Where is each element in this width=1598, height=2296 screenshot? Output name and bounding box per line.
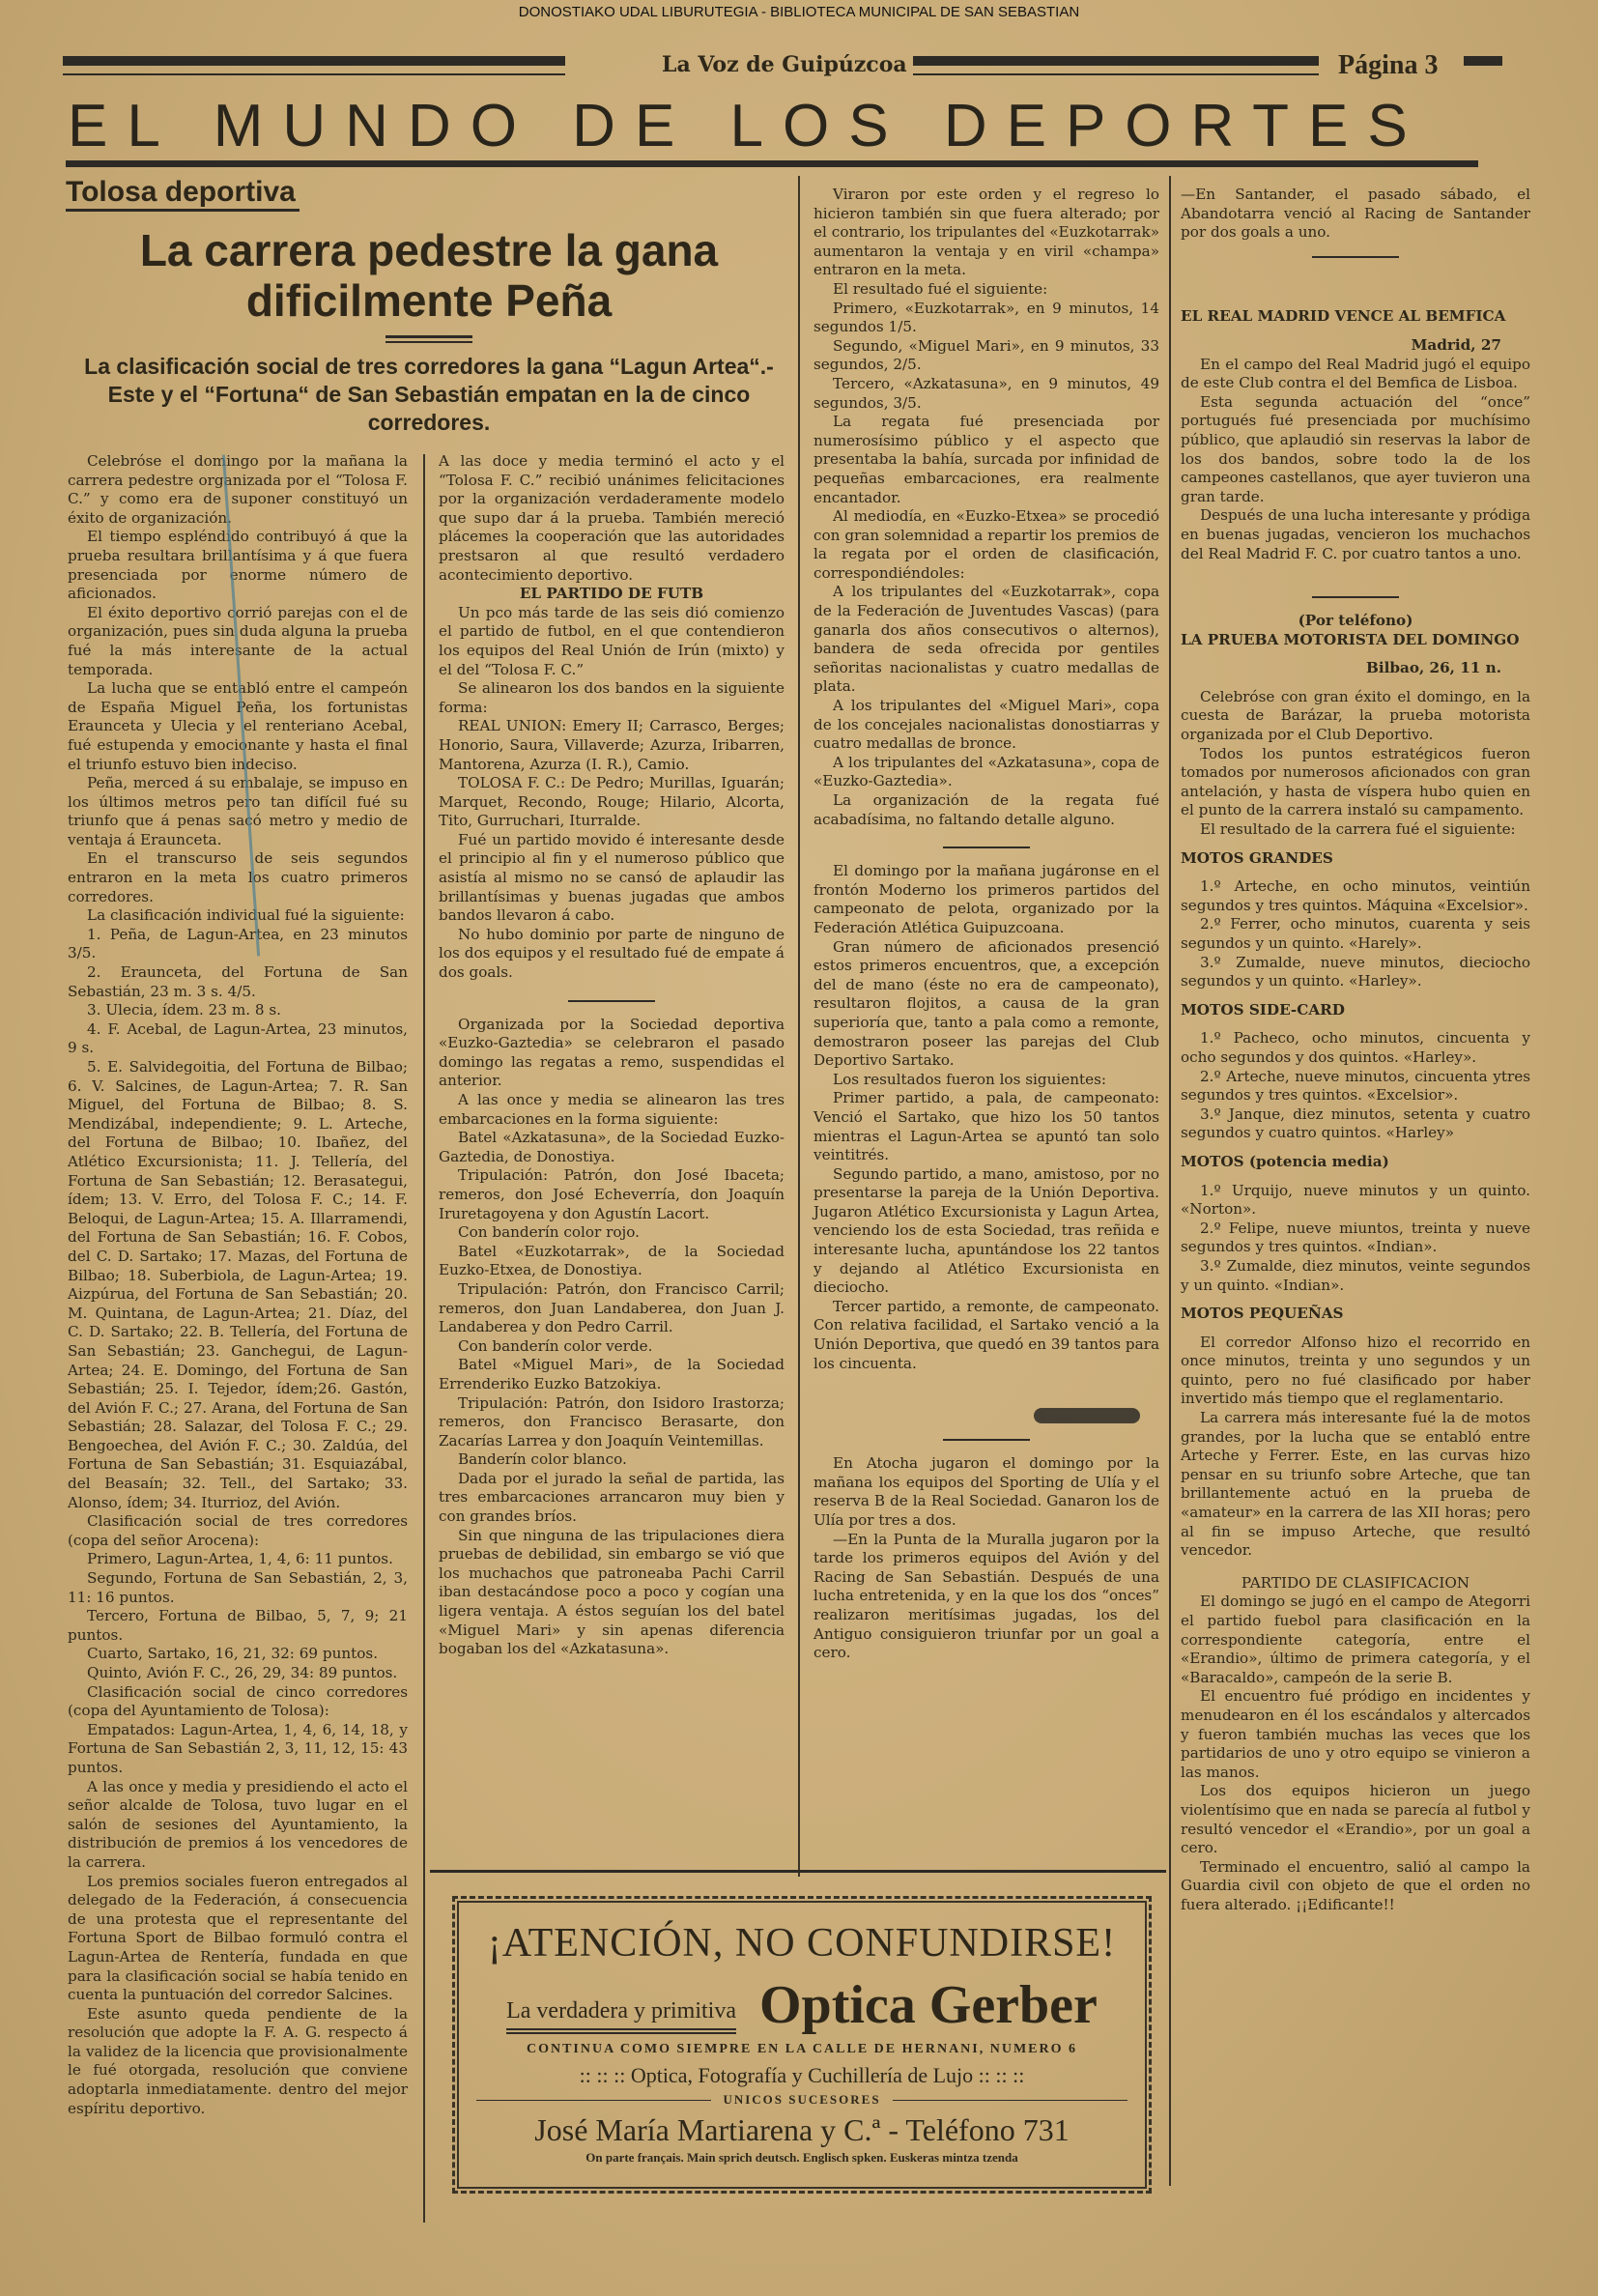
optica-gerber-advertisement: ¡ATENCIÓN, NO CONFUNDIRSE! La verdadera … <box>452 1896 1152 2194</box>
regatas-paragraph: Sin que ninguna de las tripulaciones die… <box>439 1527 785 1659</box>
tolosa-paragraph: 1. Peña, de Lagun-Artea, en 23 minutos 3… <box>68 926 408 963</box>
futbol-paragraph: Un pco más tarde de las seis dió comienz… <box>439 604 785 679</box>
masthead-rule-right <box>1464 56 1502 66</box>
madrid-paragraph: Esta segunda actuación del “once” portug… <box>1181 393 1530 507</box>
tolosa-deck: La clasificación social de tres corredor… <box>66 353 792 437</box>
tolosa-header: Tolosa deportiva La carrera pedestre la … <box>66 176 792 437</box>
ad-owner-phone: José María Martiarena y C.ª - Teléfono 7… <box>455 2111 1149 2148</box>
moto-result: El corredor Alfonso hizo el recorrido en… <box>1181 1334 1530 1409</box>
paper-name: La Voz de Guipúzcoa <box>662 52 907 77</box>
bilbao-dateline: Bilbao, 26, 11 n. <box>1181 659 1530 678</box>
regatas-paragraph: A los tripulantes del «Euzkotarrak», cop… <box>813 583 1159 697</box>
bilbao-subhead: LA PRUEBA MOTORISTA DEL DOMINGO <box>1181 631 1530 650</box>
tolosa-paragraph: 5. E. Salvidegoitia, del Fortuna de Bilb… <box>68 1058 408 1512</box>
regatas-paragraph: Tercero, «Azkatasuna», en 9 minutos, 49 … <box>813 375 1159 413</box>
ad-services: :: :: :: Optica, Fotografía y Cuchillerí… <box>455 2063 1149 2088</box>
moto-category: MOTOS GRANDES <box>1181 849 1530 869</box>
regatas-paragraph: Tripulación: Patrón, don Francisco Carri… <box>439 1280 785 1337</box>
resultados-headline <box>813 1394 1159 1441</box>
pelota-paragraph: Tercer partido, a remonte, de campeonato… <box>813 1298 1159 1373</box>
column-2: A las doce y media terminó el acto y el … <box>439 452 785 1659</box>
moto-result: 1.º Pacheco, ocho minutos, cincuenta y o… <box>1181 1029 1530 1067</box>
column-divider-2 <box>798 176 800 1877</box>
ad-tagline: La verdadera y primitiva <box>506 1998 736 2034</box>
tolosa-paragraph: 3. Ulecia, ídem. 23 m. 8 s. <box>68 1001 408 1020</box>
pelota-paragraph: El domingo por la mañana jugáronse en el… <box>813 862 1159 937</box>
moto-result: 3.º Zumalde, diez minutos, veinte segund… <box>1181 1257 1530 1295</box>
tolosa-paragraph: En el transcurso de seis segundos entrar… <box>68 849 408 906</box>
regatas-paragraph: Tripulación: Patrón, don José Ibaceta; r… <box>439 1166 785 1223</box>
moto-result: 2.º Ferrer, ocho minutos, cuarenta y sei… <box>1181 915 1530 953</box>
partido-paragraph: El domingo se jugó en el campo de Ategor… <box>1181 1593 1530 1687</box>
madrid-paragraph: En el campo del Real Madrid jugó el equi… <box>1181 356 1530 393</box>
regatas-paragraph: Batel «Azkatasuna», de la Sociedad Euzko… <box>439 1129 785 1166</box>
tolosa-kicker: Tolosa deportiva <box>66 176 300 212</box>
pelota-paragraph: Segundo partido, a mano, amistoso, por n… <box>813 1165 1159 1298</box>
futbol-paragraph: No hubo dominio por parte de ninguno de … <box>439 926 785 983</box>
section-rule <box>66 160 1478 167</box>
regatas-paragraph: Tripulación: Patrón, don Isidoro Irastor… <box>439 1394 785 1451</box>
regatas-headline <box>439 1000 785 1002</box>
page-number: Página 3 <box>1338 50 1438 81</box>
pelota-headline <box>813 847 1159 848</box>
newspaper-page: DONOSTIAKO UDAL LIBURUTEGIA - BIBLIOTECA… <box>0 0 1598 2296</box>
regatas-paragraph: Con banderín color rojo. <box>439 1223 785 1243</box>
regatas-paragraph: La regata fué presenciada por numerosísi… <box>813 413 1159 507</box>
moto-category: MOTOS (potencia media) <box>1181 1153 1530 1172</box>
madrid-dateline: Madrid, 27 <box>1181 336 1530 356</box>
futbol-paragraph: Se alinearon los dos bandos en la siguie… <box>439 679 785 717</box>
futbol-subhead: EL PARTIDO DE FUTB <box>439 585 785 604</box>
tolosa-paragraph: A las doce y media terminó el acto y el … <box>439 452 785 585</box>
archive-credit: DONOSTIAKO UDAL LIBURUTEGIA - BIBLIOTECA… <box>0 4 1598 20</box>
tolosa-paragraph: La clasificación individual fué la sigui… <box>68 906 408 926</box>
tolosa-paragraph: Segundo, Fortuna de San Sebastián, 2, 3,… <box>68 1569 408 1607</box>
regatas-paragraph: A los tripulantes del «Azkatasuna», copa… <box>813 754 1159 791</box>
tolosa-paragraph: La lucha que se entabló entre el campeón… <box>68 679 408 774</box>
moto-result: 2.º Arteche, nueve minutos, cincuenta yt… <box>1181 1068 1530 1105</box>
moto-category: MOTOS SIDE-CARD <box>1181 1001 1530 1020</box>
column-divider-1 <box>423 454 425 2223</box>
madrid-subhead: EL REAL MADRID VENCE AL BEMFICA <box>1181 307 1530 327</box>
regatas-paragraph: Primero, «Euzkotarrak», en 9 minutos, 14… <box>813 300 1159 337</box>
ad-headline: ¡ATENCIÓN, NO CONFUNDIRSE! <box>455 1918 1149 1968</box>
partido-paragraph: El encuentro fué pródigo en incidentes y… <box>1181 1687 1530 1782</box>
madrid-dateline-note <box>1181 273 1530 293</box>
section-title: EL MUNDO DE LOS DEPORTES <box>68 92 1478 160</box>
regatas-paragraph: Batel «Euzkotarrak», de la Sociedad Euzk… <box>439 1243 785 1280</box>
moto-result: 3.º Janque, diez minutos, setenta y cuat… <box>1181 1105 1530 1143</box>
tolosa-paragraph: Cuarto, Sartako, 16, 21, 32: 69 puntos. <box>68 1645 408 1664</box>
moto-result: 1.º Urquijo, nueve minutos y un quinto. … <box>1181 1182 1530 1220</box>
tolosa-paragraph: A las once y media y presidiendo el acto… <box>68 1778 408 1873</box>
regatas-paragraph: A los tripulantes del «Miguel Mari», cop… <box>813 697 1159 754</box>
tolosa-paragraph: Empatados: Lagun-Artea, 1, 4, 6, 14, 18,… <box>68 1721 408 1778</box>
tolosa-paragraph: 2. Eraunceta, del Fortuna de San Sebasti… <box>68 963 408 1001</box>
column-1: Celebróse el domingo por la mañana la ca… <box>68 452 408 2118</box>
regatas-paragraph: Viraron por este orden y el regreso lo h… <box>813 186 1159 280</box>
partido-subhead: PARTIDO DE CLASIFICACION <box>1181 1574 1530 1593</box>
column-4: —En Santander, el pasado sábado, el Aban… <box>1181 186 1530 1915</box>
tolosa-paragraph: Peña, merced á su embalaje, se impuso en… <box>68 774 408 849</box>
masthead: La Voz de Guipúzcoa Página 3 <box>63 52 1473 81</box>
masthead-rule-left <box>63 56 565 66</box>
regatas-paragraph: Segundo, «Miguel Mari», en 9 minutos, 33… <box>813 337 1159 375</box>
tolosa-paragraph: Clasificación social de tres corredores … <box>68 1512 408 1550</box>
futbol-paragraph: REAL UNION: Emery II; Carrasco, Berges; … <box>439 717 785 774</box>
pelota-paragraph: Primer partido, a pala, de campeonato: V… <box>813 1089 1159 1164</box>
headline-double-rule <box>385 335 472 343</box>
tolosa-paragraph: Primero, Lagun-Artea, 1, 4, 6: 11 puntos… <box>68 1550 408 1569</box>
regatas-paragraph: Batel «Miguel Mari», de la Sociedad Erre… <box>439 1356 785 1393</box>
regatas-paragraph: Con banderín color verde. <box>439 1337 785 1357</box>
regatas-paragraph: A las once y media se alinearon las tres… <box>439 1091 785 1129</box>
pelota-paragraph: Los resultados fueron los siguientes: <box>813 1071 1159 1090</box>
regatas-paragraph: La organización de la regata fué acabadí… <box>813 791 1159 829</box>
regatas-paragraph: Banderín color blanco. <box>439 1450 785 1470</box>
ad-top-rule <box>430 1870 1166 1873</box>
bilbao-intro: Todos los puntos estratégicos fueron tom… <box>1181 745 1530 820</box>
tolosa-paragraph: Quinto, Avión F. C., 26, 29, 34: 89 punt… <box>68 1664 408 1683</box>
regatas-paragraph: El resultado fué el siguiente: <box>813 280 1159 300</box>
tolosa-paragraph: El tiempo espléndido contribuyó á que la… <box>68 528 408 603</box>
tolosa-paragraph: Celebróse el domingo por la mañana la ca… <box>68 452 408 528</box>
bilbao-dateline-note: (Por teléfono) <box>1181 612 1530 631</box>
column-divider-3 <box>1169 176 1171 2186</box>
partido-paragraph: Terminado el encuentro, salió al campo l… <box>1181 1858 1530 1915</box>
pelota-paragraph: Gran número de aficionados presenció est… <box>813 938 1159 1071</box>
futbol-paragraph: TOLOSA F. C.: De Pedro; Murillas, Iguará… <box>439 774 785 831</box>
bilbao-intro: El resultado de la carrera fué el siguie… <box>1181 820 1530 840</box>
masthead-thin-rule-left <box>63 73 565 75</box>
moto-category: MOTOS PEQUEÑAS <box>1181 1305 1530 1324</box>
resultados-paragraph: —En Santander, el pasado sábado, el Aban… <box>1181 186 1530 243</box>
ad-brand-row: La verdadera y primitiva Optica Gerber <box>455 1976 1149 2034</box>
tolosa-paragraph: Los premios sociales fueron entregados a… <box>68 1873 408 2005</box>
resultados-paragraph: En Atocha jugaron el domingo por la maña… <box>813 1454 1159 1530</box>
madrid-paragraph: Después de una lucha interesante y pródi… <box>1181 506 1530 563</box>
ad-brand: Optica Gerber <box>759 1976 1098 2034</box>
ad-successors: UNICOS SUCESORES <box>455 2092 1149 2108</box>
moto-result: 2.º Felipe, nueve miuntos, treinta y nue… <box>1181 1220 1530 1257</box>
moto-result: 3.º Zumalde, nueve minutos, dieciocho se… <box>1181 954 1530 991</box>
ink-blot <box>1034 1408 1140 1423</box>
partido-paragraph: Los dos equipos hicieron un juego violen… <box>1181 1782 1530 1857</box>
resultados-paragraph: —En la Punta de la Muralla jugaron por l… <box>813 1531 1159 1663</box>
column-3: Viraron por este orden y el regreso lo h… <box>813 186 1159 1663</box>
moto-result: La carrera más interesante fué la de mot… <box>1181 1409 1530 1561</box>
masthead-rule-center <box>913 56 1319 66</box>
tolosa-paragraph: Este asunto queda pendiente de la resolu… <box>68 2005 408 2119</box>
tolosa-paragraph: Tercero, Fortuna de Bilbao, 5, 7, 9; 21 … <box>68 1607 408 1645</box>
regatas-paragraph: Dada por el jurado la señal de partida, … <box>439 1470 785 1527</box>
bilbao-intro: Celebróse con gran éxito el domingo, en … <box>1181 688 1530 745</box>
futbol-paragraph: Fué un partido movido é interesante desd… <box>439 831 785 926</box>
ad-languages: On parte français. Main sprich deutsch. … <box>455 2150 1149 2166</box>
tolosa-paragraph: Clasificación social de cinco corredores… <box>68 1683 408 1721</box>
ad-address: CONTINUA COMO SIEMPRE EN LA CALLE DE HER… <box>455 2042 1149 2057</box>
regatas-paragraph: Organizada por la Sociedad deportiva «Eu… <box>439 1016 785 1091</box>
moto-result: 1.º Arteche, en ocho minutos, veintiún s… <box>1181 877 1530 915</box>
tolosa-headline: La carrera pedestre la gana dificilmente… <box>66 225 792 326</box>
regatas-paragraph: Al mediodía, en «Euzko-Etxea» se procedi… <box>813 507 1159 583</box>
masthead-thin-rule-center <box>913 73 1319 75</box>
tolosa-paragraph: 4. F. Acebal, de Lagun-Artea, 23 minutos… <box>68 1020 408 1058</box>
